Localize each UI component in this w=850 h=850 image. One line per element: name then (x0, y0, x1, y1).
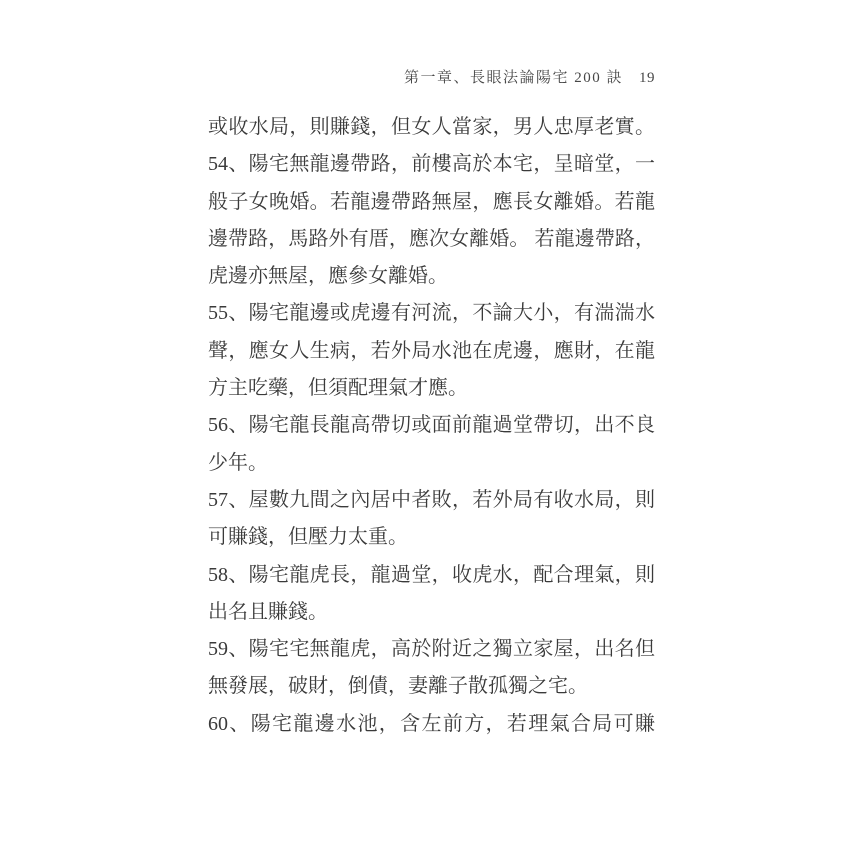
book-page: 第一章、長眼法論陽宅 200 訣19 或收水局，則賺錢，但女人當家，男人忠厚老實… (0, 0, 850, 850)
body-text: 或收水局，則賺錢，但女人當家，男人忠厚老實。54、陽宅無龍邊帶路，前樓高於本宅，… (208, 109, 655, 743)
body-line: 或收水局，則賺錢，但女人當家，男人忠厚老實。 (208, 109, 655, 146)
running-header: 第一章、長眼法論陽宅 200 訣19 (208, 66, 655, 87)
body-line: 無發展，破財，倒債，妻離子散孤獨之宅。 (208, 668, 655, 705)
chapter-title: 第一章、長眼法論陽宅 200 訣 (404, 70, 623, 86)
body-line: 少年。 (208, 445, 655, 482)
body-line: 虎邊亦無屋，應參女離婚。 (208, 258, 655, 295)
body-line: 邊帶路，馬路外有厝，應次女離婚。 若龍邊帶路， (208, 221, 655, 258)
body-line: 57、屋數九間之內居中者敗，若外局有收水局，則 (208, 482, 655, 519)
body-line: 58、陽宅龍虎長，龍過堂，收虎水，配合理氣，則 (208, 557, 655, 594)
body-line: 聲，應女人生病，若外局水池在虎邊，應財，在龍 (208, 333, 655, 370)
body-line: 54、陽宅無龍邊帶路，前樓高於本宅，呈暗堂，一 (208, 146, 655, 183)
body-line: 出名且賺錢。 (208, 594, 655, 631)
page-number: 19 (639, 70, 655, 87)
body-line: 55、陽宅龍邊或虎邊有河流，不論大小，有湍湍水 (208, 295, 655, 332)
body-line: 方主吃藥，但須配理氣才應。 (208, 370, 655, 407)
body-line: 59、陽宅宅無龍虎，高於附近之獨立家屋，出名但 (208, 631, 655, 668)
body-line: 56、陽宅龍長龍高帶切或面前龍過堂帶切，出不良 (208, 407, 655, 444)
body-line: 般子女晚婚。若龍邊帶路無屋，應長女離婚。若龍 (208, 184, 655, 221)
body-line: 可賺錢，但壓力太重。 (208, 519, 655, 556)
body-line: 60、陽宅龍邊水池，含左前方，若理氣合局可賺錢， (208, 706, 655, 743)
